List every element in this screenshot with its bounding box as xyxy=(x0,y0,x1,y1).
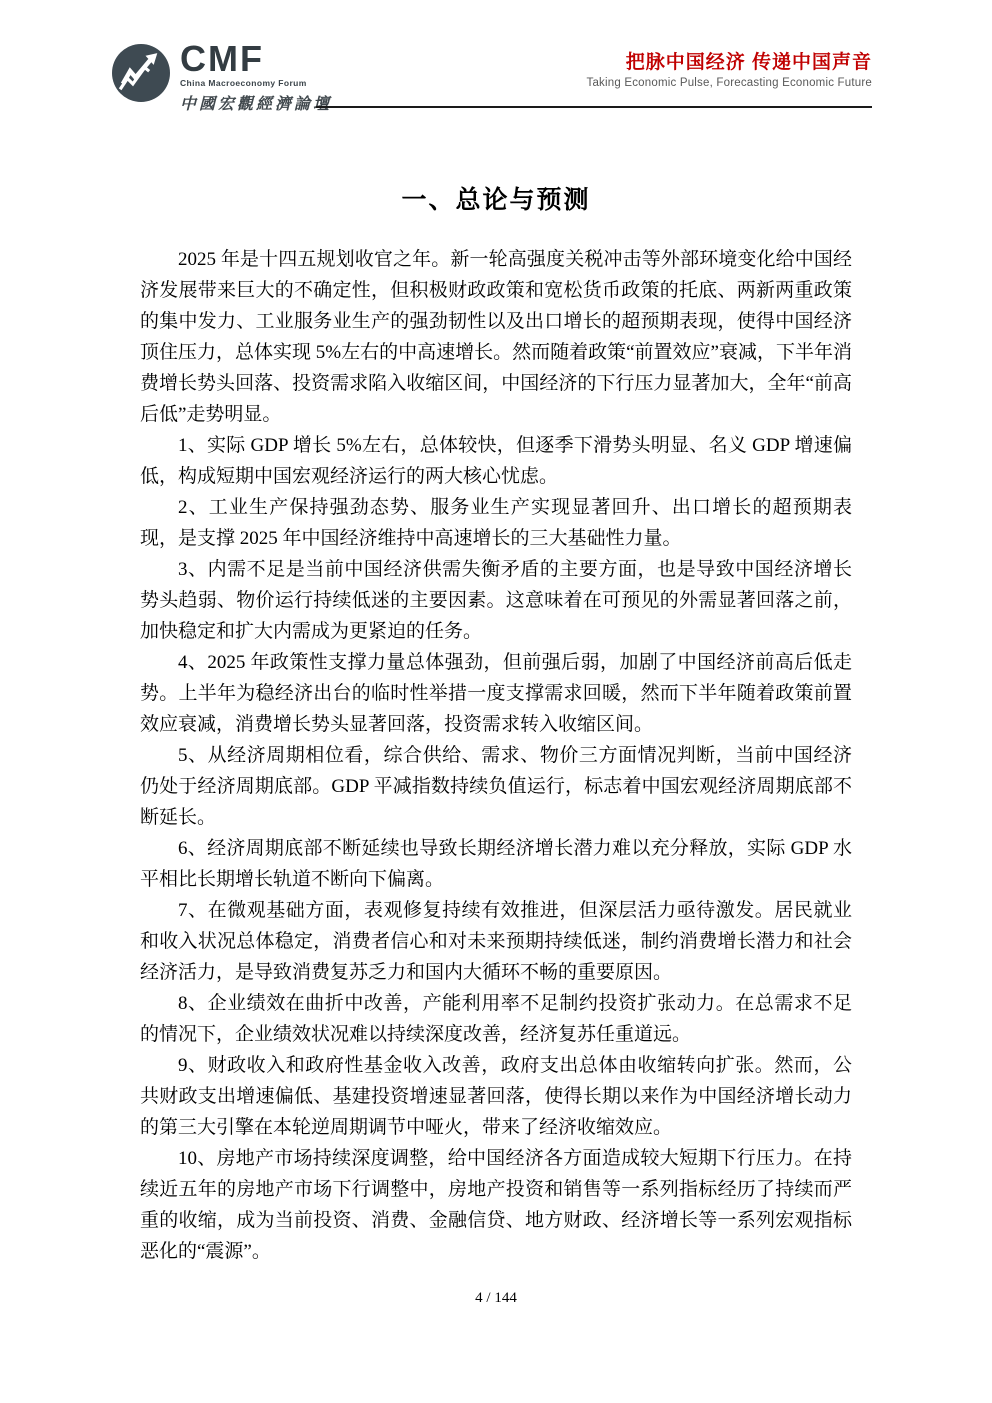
section-title: 一、总论与预测 xyxy=(140,180,852,216)
logo-text-block: CMF China Macroeconomy Forum 中國宏觀經濟論壇 xyxy=(180,42,332,114)
paragraph: 8、企业绩效在曲折中改善，产能利用率不足制约投资扩张动力。在总需求不足的情况下，… xyxy=(140,988,852,1050)
paragraph: 3、内需不足是当前中国经济供需失衡矛盾的主要方面，也是导致中国经济增长势头趋弱、… xyxy=(140,554,852,647)
paragraph: 9、财政收入和政府性基金收入改善，政府支出总体由收缩转向扩张。然而，公共财政支出… xyxy=(140,1050,852,1143)
slogan-chinese: 把脉中国经济 传递中国声音 xyxy=(587,52,872,74)
mountain-trend-arrow-icon xyxy=(112,44,170,102)
report-page: CMF China Macroeconomy Forum 中國宏觀經濟論壇 把脉… xyxy=(0,0,992,1403)
cmf-logo: CMF China Macroeconomy Forum 中國宏觀經濟論壇 xyxy=(112,42,332,114)
paragraph: 6、经济周期底部不断延续也导致长期经济增长潜力难以充分释放，实际 GDP 水平相… xyxy=(140,833,852,895)
paragraph: 2、工业生产保持强劲态势、服务业生产实现显著回升、出口增长的超预期表现，是支撑 … xyxy=(140,492,852,554)
paragraph: 4、2025 年政策性支撑力量总体强劲，但前强后弱，加剧了中国经济前高后低走势。… xyxy=(140,647,852,740)
logo-org-name-zh: 中國宏觀經濟論壇 xyxy=(180,91,332,114)
paragraph: 7、在微观基础方面，表观修复持续有效推进，但深层活力亟待激发。居民就业和收入状况… xyxy=(140,895,852,988)
slogan-english: Taking Economic Pulse, Forecasting Econo… xyxy=(587,77,872,89)
logo-org-name-en: China Macroeconomy Forum xyxy=(180,78,332,88)
paragraph: 10、房地产市场持续深度调整，给中国经济各方面造成较大短期下行压力。在持续近五年… xyxy=(140,1143,852,1267)
document-body: 一、总论与预测 2025 年是十四五规划收官之年。新一轮高强度关税冲击等外部环境… xyxy=(140,180,852,1267)
paragraph: 1、实际 GDP 增长 5%左右，总体较快，但逐季下滑势头明显、名义 GDP 增… xyxy=(140,430,852,492)
header-divider xyxy=(316,106,872,108)
logo-acronym: CMF xyxy=(180,42,332,76)
paragraph: 5、从经济周期相位看，综合供给、需求、物价三方面情况判断，当前中国经济仍处于经济… xyxy=(140,740,852,833)
header-slogan: 把脉中国经济 传递中国声音 Taking Economic Pulse, For… xyxy=(587,52,872,89)
paragraph: 2025 年是十四五规划收官之年。新一轮高强度关税冲击等外部环境变化给中国经济发… xyxy=(140,244,852,430)
page-number: 4 / 144 xyxy=(0,1290,992,1307)
